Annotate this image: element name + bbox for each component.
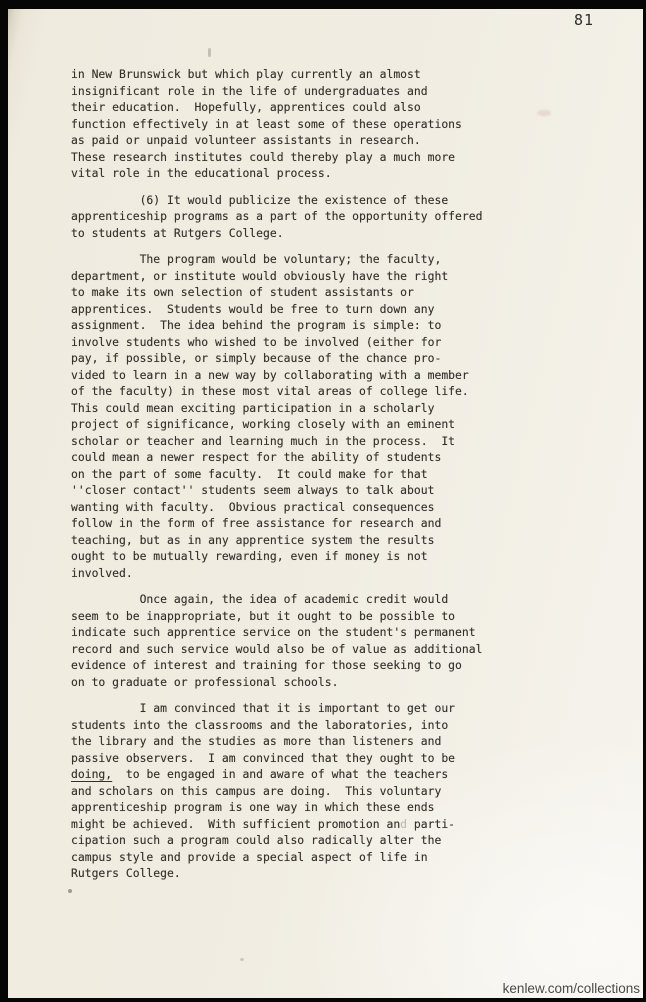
- paragraph: I am convinced that it is important to g…: [71, 700, 601, 882]
- dust-speck: [208, 48, 211, 57]
- paragraph: in New Brunswick but which play currentl…: [71, 66, 601, 182]
- paragraph: The program would be voluntary; the facu…: [71, 251, 601, 581]
- text-segment: d: [400, 817, 407, 831]
- paragraph: Once again, the idea of academic credit …: [71, 591, 601, 690]
- text-segment: might be achieved. With sufficient promo…: [71, 817, 400, 831]
- scanned-page-photo: 81 in New Brunswick but which play curre…: [0, 0, 646, 1002]
- watermark-url: kenlew.com/collections: [503, 981, 640, 996]
- underlined-word: doing,: [71, 767, 112, 781]
- text-segment: parti-: [407, 817, 455, 831]
- document-page: 81 in New Brunswick but which play curre…: [8, 9, 643, 998]
- paragraph: (6) It would publicize the existence of …: [71, 192, 601, 242]
- page-number: 81: [574, 10, 594, 30]
- page-text: in New Brunswick but which play currentl…: [71, 66, 601, 892]
- dust-speck: [240, 958, 244, 961]
- text-segment: to be engaged in and aware of what the t…: [112, 767, 448, 781]
